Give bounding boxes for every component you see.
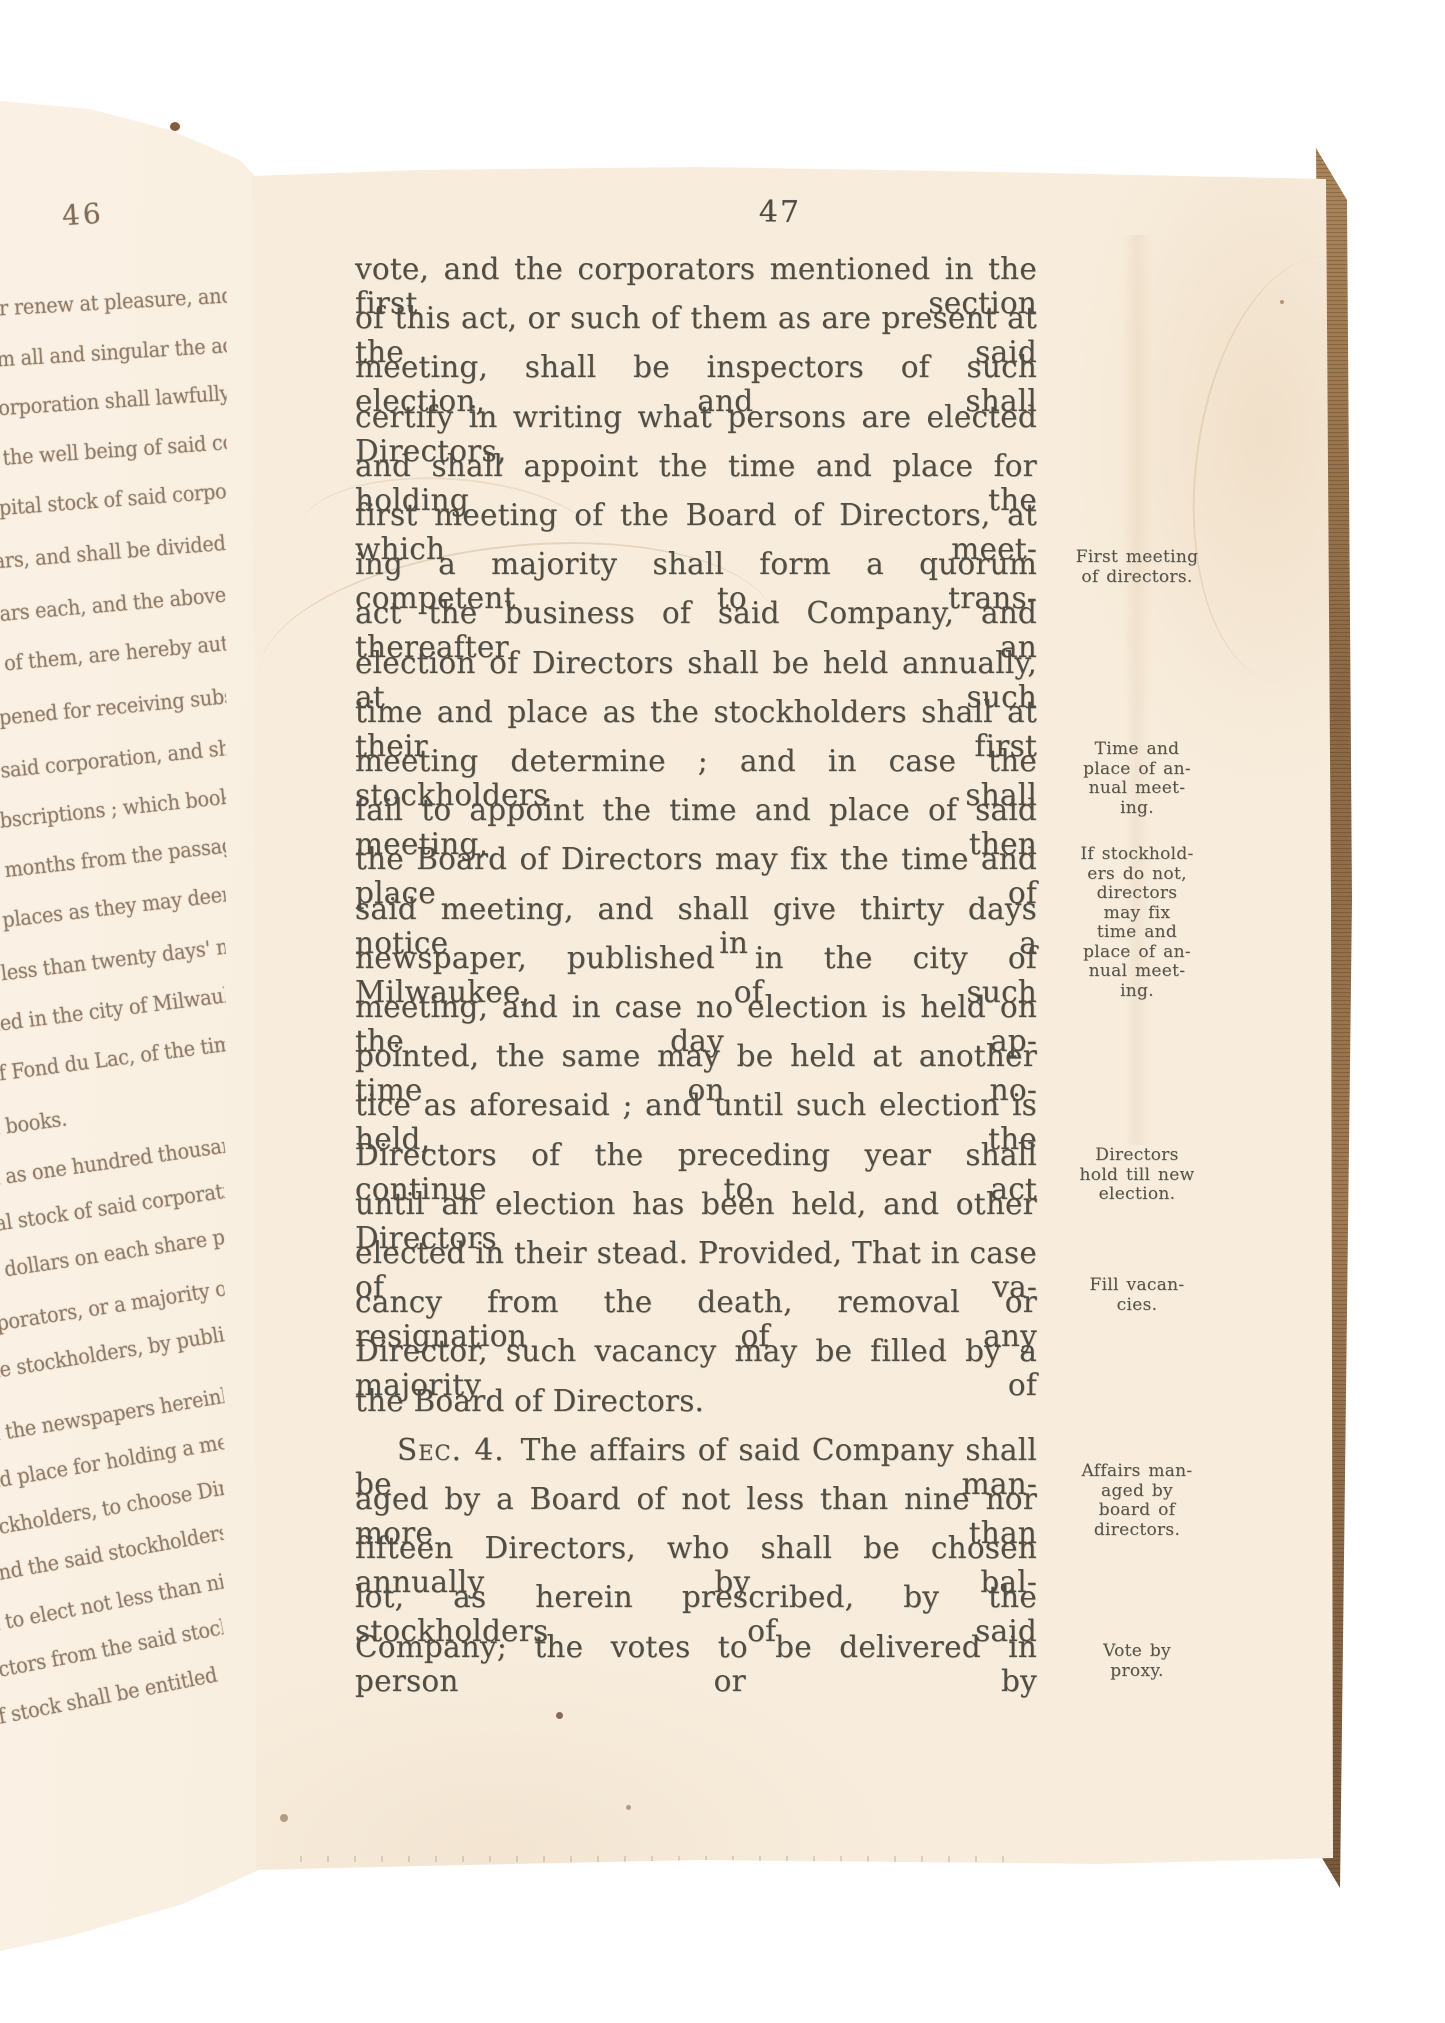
- margin-note: First meeting of directors.: [1048, 548, 1226, 587]
- foxing-speck: [280, 1814, 288, 1822]
- foxing-speck: [556, 1712, 563, 1719]
- left-page-line: of stock shall be entitled to one: [0, 1662, 226, 1737]
- foxing-speck: [170, 122, 180, 131]
- left-page-number: 46: [61, 197, 105, 233]
- left-page-line: he stockholders, by publishing th: [0, 1322, 227, 1389]
- left-page-line: d books.: [0, 1085, 227, 1147]
- section-label: Sec. 4.: [397, 1433, 505, 1467]
- left-page-line: corporation shall lawfully appert: [0, 381, 228, 427]
- left-page-line: nd place for holding a meeting: [0, 1430, 226, 1499]
- foxing-speck: [626, 1805, 631, 1810]
- left-page-line: rporators, or a majority of the: [0, 1277, 227, 1343]
- left-page-line: and the said stockholders may,: [0, 1521, 226, 1593]
- left-page-line: r the well being of said corpor: [0, 430, 228, 477]
- left-page-line: or renew at pleasure, and gener: [0, 284, 228, 327]
- left-page-line: tal stock of said corporation shal: [0, 1179, 227, 1243]
- foxing-speck: [1280, 300, 1284, 304]
- margin-note: If stockhold- ers do not, directors may …: [1048, 845, 1226, 1001]
- left-page-line: llars each, and the above named: [0, 583, 228, 633]
- left-page-line: t less than twenty days' notic: [0, 935, 227, 993]
- body-line: Company; the votes to be delivered in pe…: [355, 1630, 1037, 1698]
- page-number: 47: [600, 195, 960, 230]
- left-page-line: e months from the passage of t: [0, 834, 227, 890]
- left-page-line: n the newspapers hereinbefore me: [0, 1384, 226, 1453]
- water-stain: [1170, 243, 1443, 697]
- left-page-line: opened for receiving subscripti: [0, 685, 228, 737]
- left-page-line: of Fond du Lac, of the time an: [0, 1032, 227, 1093]
- bottom-edge-chips: [300, 1856, 1020, 1862]
- left-page-line: ubscriptions ; which books shal: [0, 785, 227, 840]
- left-page-line: ockholders, to choose Directors: [0, 1476, 226, 1547]
- left-page-line: d to elect not less than nine, no: [0, 1570, 226, 1643]
- margin-note: Directors hold till new election.: [1048, 1146, 1226, 1205]
- left-page-line: e dollars on each share paid there: [0, 1225, 227, 1290]
- left-page-line: y of them, are hereby authoriz: [0, 631, 228, 683]
- left-page-line: hed in the city of Milwaukee, a: [0, 984, 227, 1043]
- left-page-line: f said corporation, and shall pres: [0, 736, 228, 790]
- margin-note: Affairs man- aged by board of directors.: [1048, 1462, 1226, 1540]
- book-photo: 46 or renew at pleasure, and gener rm al…: [0, 0, 1445, 2023]
- margin-note: Fill vacan- cies.: [1048, 1276, 1226, 1315]
- margin-note: Vote by proxy.: [1048, 1642, 1226, 1681]
- left-page-line: ectors from the said stockholde: [0, 1615, 226, 1689]
- body-line-paragraph-end: the Board of Directors.: [355, 1384, 1037, 1418]
- left-page-line: rm all and singular the acts and: [0, 333, 228, 378]
- left-page-line: lars, and shall be divided into sh: [0, 531, 228, 580]
- margin-note: Time and place of an- nual meet- ing.: [1048, 740, 1226, 818]
- left-page-line: n as one hundred thousand doll: [0, 1134, 227, 1197]
- left-page-line: r places as they may deem expe: [0, 883, 227, 940]
- paper-streak: [1122, 235, 1152, 1145]
- left-page-line: apital stock of said corporation: [0, 479, 228, 527]
